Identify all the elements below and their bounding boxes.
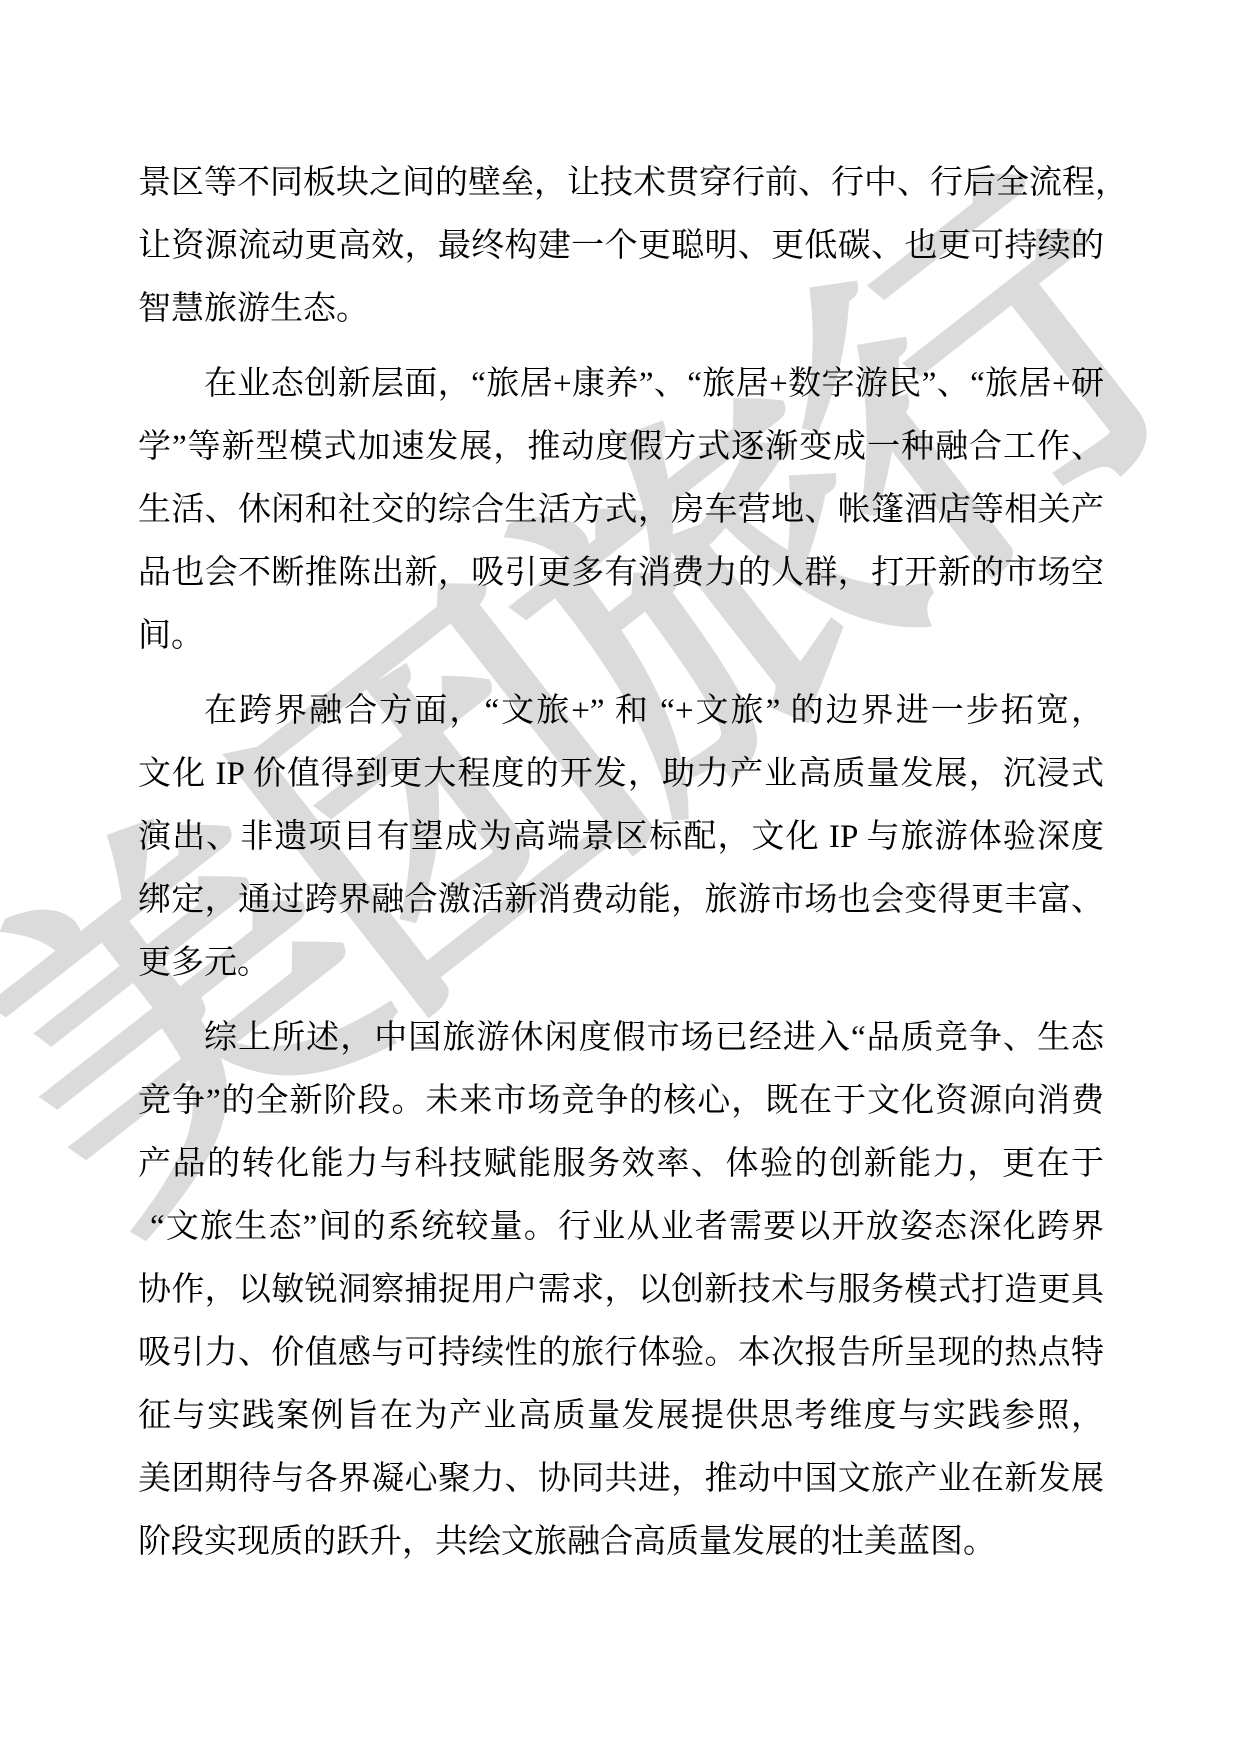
text-line: 品也会不断推陈出新，吸引更多有消费力的人群，打开新的市场空 <box>138 542 1104 605</box>
document-content: 景区等不同板块之间的壁垒，让技术贯穿行前、行中、行后全流程， 让资源流动更高效，… <box>138 152 1104 1574</box>
text-line: 学”等新型模式加速发展，推动度假方式逐渐变成一种融合工作、 <box>138 416 1104 479</box>
text-line: 在跨界融合方面，“文旅+” 和 “+文旅” 的边界进一步拓宽， <box>138 680 1104 743</box>
text-line: 阶段实现质的跃升，共绘文旅融合高质量发展的壮美蓝图。 <box>138 1511 1104 1574</box>
text-line: “文旅生态”间的系统较量。行业从业者需要以开放姿态深化跨界 <box>138 1196 1104 1259</box>
text-line: 景区等不同板块之间的壁垒，让技术贯穿行前、行中、行后全流程， <box>138 152 1104 215</box>
paragraph: 综上所述，中国旅游休闲度假市场已经进入“品质竞争、生态 竞争”的全新阶段。未来市… <box>138 1007 1104 1574</box>
paragraph: 景区等不同板块之间的壁垒，让技术贯穿行前、行中、行后全流程， 让资源流动更高效，… <box>138 152 1104 341</box>
paragraph: 在业态创新层面，“旅居+康养”、“旅居+数字游民”、“旅居+研 学”等新型模式加… <box>138 353 1104 668</box>
text-line: 让资源流动更高效，最终构建一个更聪明、更低碳、也更可持续的 <box>138 215 1104 278</box>
text-line: 美团期待与各界凝心聚力、协同共进，推动中国文旅产业在新发展 <box>138 1448 1104 1511</box>
text-line: 竞争”的全新阶段。未来市场竞争的核心，既在于文化资源向消费 <box>138 1070 1104 1133</box>
document-page: 美团旅行 景区等不同板块之间的壁垒，让技术贯穿行前、行中、行后全流程， 让资源流… <box>0 0 1241 1754</box>
text-line: 演出、非遗项目有望成为高端景区标配，文化 IP 与旅游体验深度 <box>138 806 1104 869</box>
text-line: 综上所述，中国旅游休闲度假市场已经进入“品质竞争、生态 <box>138 1007 1104 1070</box>
text-line: 间。 <box>138 605 1104 668</box>
text-line: 产品的转化能力与科技赋能服务效率、体验的创新能力，更在于 <box>138 1133 1104 1196</box>
text-line: 协作，以敏锐洞察捕捉用户需求，以创新技术与服务模式打造更具 <box>138 1259 1104 1322</box>
paragraph: 在跨界融合方面，“文旅+” 和 “+文旅” 的边界进一步拓宽， 文化 IP 价值… <box>138 680 1104 995</box>
text-line: 文化 IP 价值得到更大程度的开发，助力产业高质量发展，沉浸式 <box>138 743 1104 806</box>
text-line: 在业态创新层面，“旅居+康养”、“旅居+数字游民”、“旅居+研 <box>138 353 1104 416</box>
text-line: 生活、休闲和社交的综合生活方式，房车营地、帐篷酒店等相关产 <box>138 479 1104 542</box>
text-line: 更多元。 <box>138 932 1104 995</box>
text-line: 征与实践案例旨在为产业高质量发展提供思考维度与实践参照， <box>138 1385 1104 1448</box>
text-line: 吸引力、价值感与可持续性的旅行体验。本次报告所呈现的热点特 <box>138 1322 1104 1385</box>
text-line: 绑定，通过跨界融合激活新消费动能，旅游市场也会变得更丰富、 <box>138 869 1104 932</box>
text-line: 智慧旅游生态。 <box>138 278 1104 341</box>
